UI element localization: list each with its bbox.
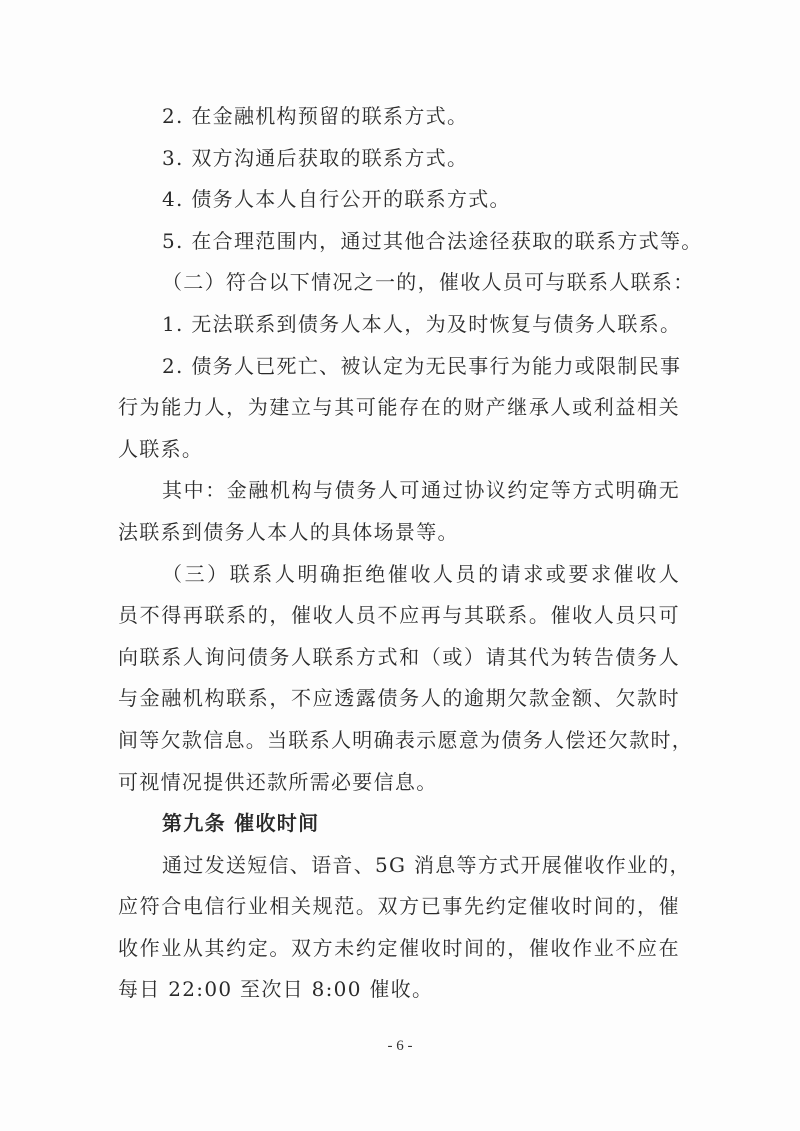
paragraph-line: 应符合电信行业相关规范。双方已事先约定催收时间的，催	[118, 886, 680, 928]
paragraph-line: 每日 22:00 至次日 8:00 催收。	[118, 969, 680, 1011]
paragraph-line: 行为能力人，为建立与其可能存在的财产继承人或利益相关	[118, 387, 680, 429]
list-item-condition-1: 1. 无法联系到债务人本人，为及时恢复与债务人联系。	[118, 304, 680, 346]
paragraph-line: 员不得再联系的，催收人员不应再与其联系。催收人员只可	[118, 595, 680, 637]
paragraph-line: 人联系。	[118, 429, 680, 471]
list-item-contact-5: 5. 在合理范围内，通过其他合法途径获取的联系方式等。	[118, 221, 680, 263]
list-item-contact-2: 2. 在金融机构预留的联系方式。	[118, 96, 680, 138]
paragraph-line: 法联系到债务人本人的具体场景等。	[118, 512, 680, 554]
paragraph-line: 间等欠款信息。当联系人明确表示愿意为债务人偿还欠款时，	[118, 720, 680, 762]
paragraph-line: 与金融机构联系，不应透露债务人的逾期欠款金额、欠款时	[118, 678, 680, 720]
section-heading-3: （三）联系人明确拒绝催收人员的请求或要求催收人	[118, 554, 680, 596]
paragraph-line: 收作业从其约定。双方未约定催收时间的，催收作业不应在	[118, 928, 680, 970]
list-item-contact-4: 4. 债务人本人自行公开的联系方式。	[118, 179, 680, 221]
page-number: - 6 -	[0, 1038, 800, 1055]
document-body: 2. 在金融机构预留的联系方式。 3. 双方沟通后获取的联系方式。 4. 债务人…	[118, 96, 680, 1011]
list-item-contact-3: 3. 双方沟通后获取的联系方式。	[118, 138, 680, 180]
article-heading: 第九条 催收时间	[118, 803, 680, 845]
paragraph-line: 通过发送短信、语音、5G 消息等方式开展催收作业的，	[118, 845, 680, 887]
paragraph-line: 可视情况提供还款所需必要信息。	[118, 762, 680, 804]
paragraph-line: 向联系人询问债务人联系方式和（或）请其代为转告债务人	[118, 637, 680, 679]
list-item-condition-2: 2. 债务人已死亡、被认定为无民事行为能力或限制民事	[118, 346, 680, 388]
document-page: 2. 在金融机构预留的联系方式。 3. 双方沟通后获取的联系方式。 4. 债务人…	[0, 0, 800, 1131]
paragraph-note: 其中：金融机构与债务人可通过协议约定等方式明确无	[118, 470, 680, 512]
section-heading-2: （二）符合以下情况之一的，催收人员可与联系人联系：	[118, 262, 680, 304]
